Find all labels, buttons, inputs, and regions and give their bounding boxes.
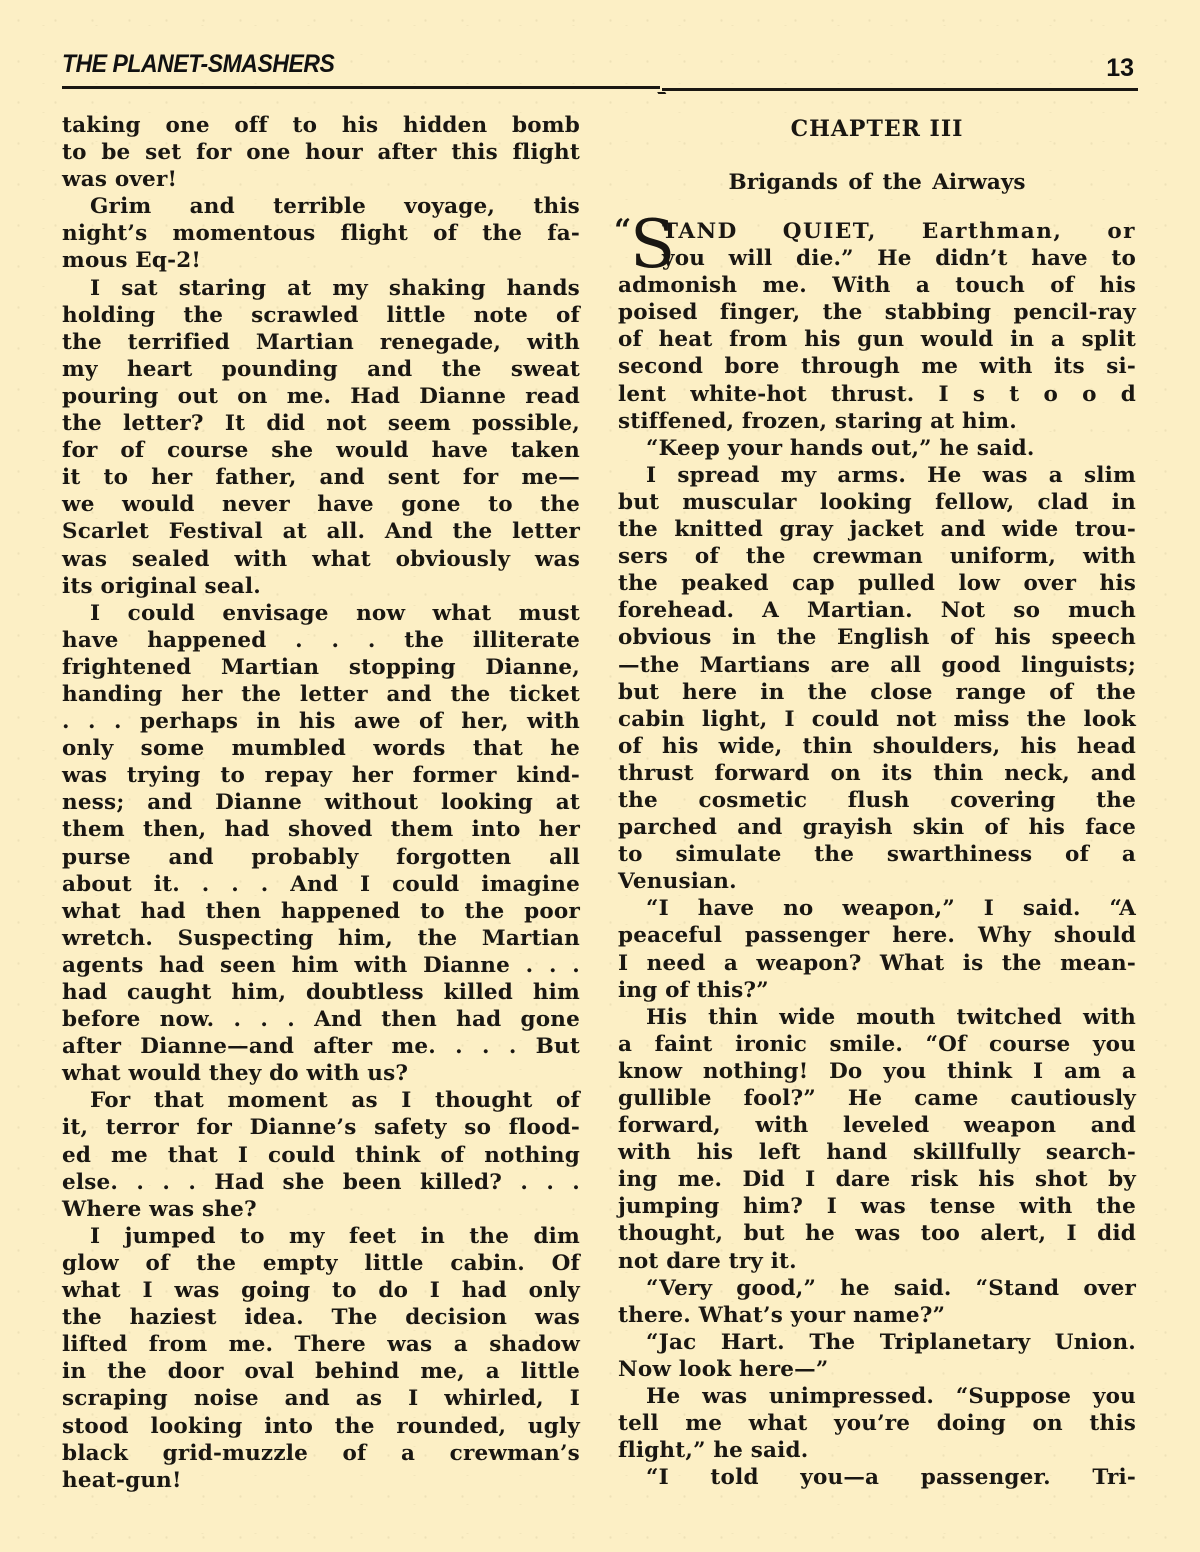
text-line: ed me that I could think of nothing [62, 1142, 580, 1169]
text-line: had caught him, doubtless killed him [62, 979, 580, 1006]
text-line: thought, but he was too alert, I did [618, 1220, 1136, 1247]
text-line: poised finger, the stabbing pencil-ray [618, 299, 1136, 326]
text-line: with his left hand skillfully search- [618, 1139, 1136, 1166]
text-line: parched and grayish skin of his face [618, 814, 1136, 841]
text-line: have happened . . . the illiterate [62, 627, 580, 654]
text-line: For that moment as I thought of [62, 1087, 580, 1114]
opening-quote-mark: “ [614, 216, 631, 246]
text-line: cabin light, I could not miss the look [618, 706, 1136, 733]
chapter-opening: “ S TAND QUIET, Earthman, or you will di… [618, 218, 1136, 272]
text-line: my heart pounding and the sweat [62, 356, 580, 383]
text-line: handing her the letter and the ticket [62, 681, 580, 708]
text-line: know nothing! Do you think I am a [618, 1058, 1136, 1085]
text-line: “Keep your hands out,” he said. [618, 435, 1136, 462]
text-line: purse and probably forgotten all [62, 844, 580, 871]
text-line: was trying to repay her former kind- [62, 762, 580, 789]
text-line: stood looking into the rounded, ugly [62, 1413, 580, 1440]
right-body-lines: admonish me. With a touch of hispoised f… [618, 272, 1136, 1491]
text-line: Scarlet Festival at all. And the letter [62, 518, 580, 545]
text-line: tell me what you’re doing on this [618, 1410, 1136, 1437]
text-line: taking one off to his hidden bomb [62, 112, 580, 139]
text-line: but muscular looking fellow, clad in [618, 489, 1136, 516]
header-rule [662, 88, 1138, 91]
text-line: heat-gun! [62, 1467, 580, 1494]
text-line: it to her father, and sent for me— [62, 464, 580, 491]
text-line: “Very good,” he said. “Stand over [618, 1275, 1136, 1302]
text-line: forward, with leveled weapon and [618, 1112, 1136, 1139]
text-line: Venusian. [618, 868, 1136, 895]
text-line: we would never have gone to the [62, 491, 580, 518]
text-line: ness; and Dianne without looking at [62, 789, 580, 816]
text-line: stiffened, frozen, staring at him. [618, 408, 1136, 435]
text-line: “I told you—a passenger. Tri- [618, 1464, 1136, 1491]
text-line: I need a weapon? What is the mean- [618, 950, 1136, 977]
text-line: pouring out on me. Had Dianne read [62, 383, 580, 410]
text-line: agents had seen him with Dianne . . . [62, 952, 580, 979]
text-line: of heat from his gun would in a split [618, 326, 1136, 353]
text-line: jumping him? I was tense with the [618, 1193, 1136, 1220]
text-line: “I have no weapon,” I said. “A [618, 895, 1136, 922]
running-title: THE PLANET-SMASHERS [62, 50, 334, 79]
text-line: after Dianne—and after me. . . . But [62, 1033, 580, 1060]
text-line: His thin wide mouth twitched with [618, 1004, 1136, 1031]
text-line: was sealed with what obviously was [62, 546, 580, 573]
text-line: was over! [62, 166, 580, 193]
text-line: ing me. Did I dare risk his shot by [618, 1166, 1136, 1193]
text-line: the knitted gray jacket and wide trou- [618, 516, 1136, 543]
text-line: —the Martians are all good linguists; [618, 652, 1136, 679]
text-line: but here in the close range of the [618, 679, 1136, 706]
running-head: THE PLANET-SMASHERS 13 [62, 50, 1138, 90]
text-line: Now look here—” [618, 1356, 1136, 1383]
text-line: of his wide, thin shoulders, his head [618, 733, 1136, 760]
text-line: to be set for one hour after this flight [62, 139, 580, 166]
header-rule [62, 86, 660, 89]
text-line: it, terror for Dianne’s safety so flood- [62, 1114, 580, 1141]
drop-cap: S [630, 212, 675, 278]
text-line: for of course she would have taken [62, 437, 580, 464]
text-line: frightened Martian stopping Dianne, [62, 654, 580, 681]
text-line: sers of the crewman uniform, with [618, 543, 1136, 570]
text-line: the peaked cap pulled low over his [618, 570, 1136, 597]
text-line: holding the scrawled little note of [62, 302, 580, 329]
text-line: ing of this?” [618, 977, 1136, 1004]
text-line: lifted from me. There was a shadow [62, 1331, 580, 1358]
text-line: night’s momentous flight of the fa- [62, 220, 580, 247]
text-line: what I was going to do I had only [62, 1277, 580, 1304]
text-line: to simulate the swarthiness of a [618, 841, 1136, 868]
text-line: I sat staring at my shaking hands [62, 275, 580, 302]
text-line: forehead. A Martian. Not so much [618, 597, 1136, 624]
text-line: . . . perhaps in his awe of her, with [62, 708, 580, 735]
text-line: what would they do with us? [62, 1060, 580, 1087]
text-line: the cosmetic flush covering the [618, 787, 1136, 814]
text-line: else. . . . Had she been killed? . . . [62, 1169, 580, 1196]
text-line: I jumped to my feet in the dim [62, 1223, 580, 1250]
text-line: mous Eq-2! [62, 247, 580, 274]
text-line: admonish me. With a touch of his [618, 272, 1136, 299]
text-line: He was unimpressed. “Suppose you [618, 1383, 1136, 1410]
text-line: the haziest idea. The decision was [62, 1304, 580, 1331]
text-line: “Jac Hart. The Triplanetary Union. [618, 1329, 1136, 1356]
text-line: what had then happened to the poor [62, 898, 580, 925]
text-line: them then, had shoved them into her [62, 816, 580, 843]
text-line: I spread my arms. He was a slim [618, 462, 1136, 489]
text-line: the terrified Martian renegade, with [62, 329, 580, 356]
text-line: about it. . . . And I could imagine [62, 871, 580, 898]
text-line: before now. . . . And then had gone [62, 1006, 580, 1033]
text-line: its original seal. [62, 573, 580, 600]
text-line: a faint ironic smile. “Of course you [618, 1031, 1136, 1058]
text-line: Grim and terrible voyage, this [62, 193, 580, 220]
left-text-column: taking one off to his hidden bombto be s… [62, 112, 580, 1494]
text-line: you will die.” He didn’t have to [618, 245, 1136, 272]
text-line: not dare try it. [618, 1248, 1136, 1275]
text-line: Where was she? [62, 1196, 580, 1223]
text-line: flight,” he said. [618, 1437, 1136, 1464]
text-line: there. What’s your name?” [618, 1302, 1136, 1329]
chapter-number: CHAPTER III [618, 114, 1136, 144]
text-line: I could envisage now what must [62, 600, 580, 627]
right-text-column: CHAPTER III Brigands of the Airways “ S … [618, 112, 1136, 1491]
text-line: lent white-hot thrust. I s t o o d [618, 381, 1136, 408]
text-line: wretch. Suspecting him, the Martian [62, 925, 580, 952]
text-line: the letter? It did not seem possible, [62, 410, 580, 437]
text-line: black grid-muzzle of a crewman’s [62, 1440, 580, 1467]
text-line: only some mumbled words that he [62, 735, 580, 762]
chapter-title: Brigands of the Airways [618, 168, 1136, 198]
text-line: in the door oval behind me, a little [62, 1358, 580, 1385]
text-line: scraping noise and as I whirled, I [62, 1385, 580, 1412]
text-line: glow of the empty little cabin. Of [62, 1250, 580, 1277]
text-line: TAND QUIET, Earthman, or [618, 218, 1136, 245]
text-line: obvious in the English of his speech [618, 624, 1136, 651]
page-number: 13 [1106, 54, 1134, 83]
text-line: thrust forward on its thin neck, and [618, 760, 1136, 787]
text-line: gullible fool?” He came cautiously [618, 1085, 1136, 1112]
text-line: second bore through me with its si- [618, 353, 1136, 380]
text-line: peaceful passenger here. Why should [618, 922, 1136, 949]
